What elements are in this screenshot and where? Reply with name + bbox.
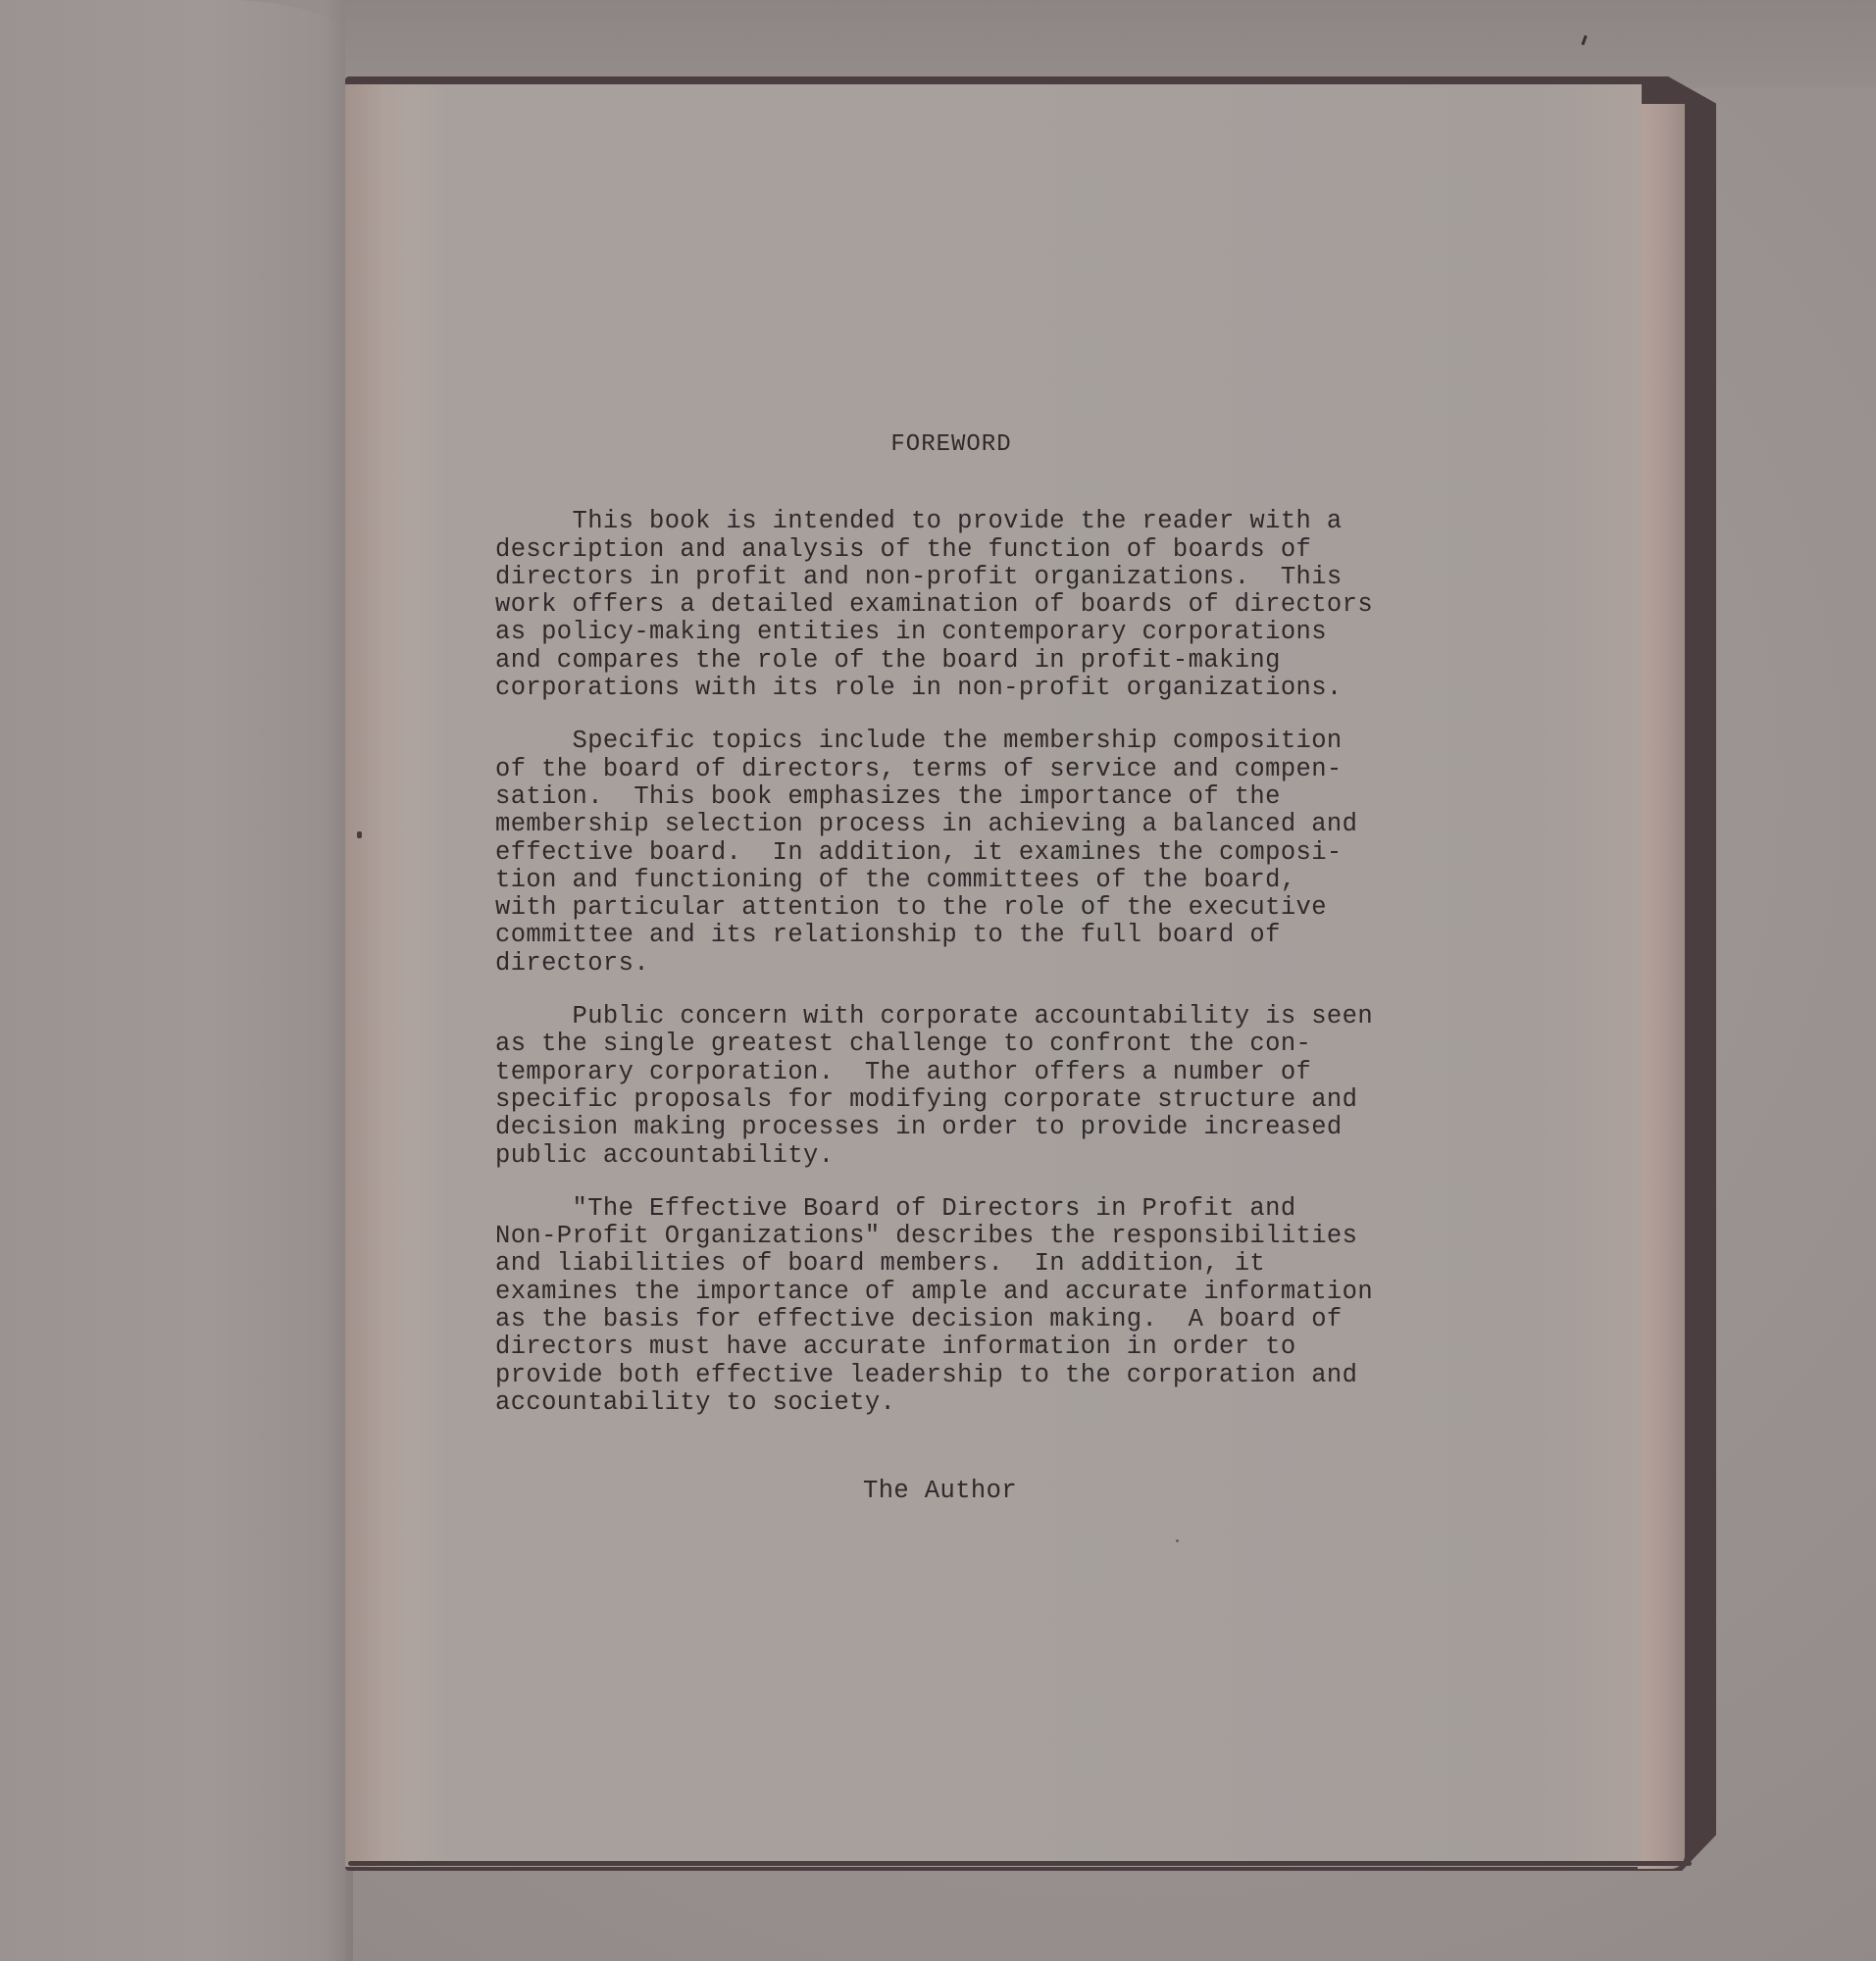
text-line: directors must have accurate information… [495,1333,1456,1361]
text-line: This book is intended to provide the rea… [495,508,1456,535]
paragraph: This book is intended to provide the rea… [495,508,1456,702]
text-line: provide both effective leadership to the… [495,1362,1456,1389]
background-surface [345,0,1876,88]
text-line: directors. [495,950,1456,978]
paragraphs: This book is intended to provide the rea… [495,508,1456,1417]
text-line: with particular attention to the role of… [495,894,1456,922]
text-line: Specific topics include the membership c… [495,728,1456,755]
text-line: as the basis for effective decision maki… [495,1306,1456,1333]
page-dot [1176,1539,1179,1542]
text-line: corporations with its role in non-profit… [495,675,1456,702]
text-line: committee and its relationship to the fu… [495,922,1456,949]
paragraph: Specific topics include the membership c… [495,728,1456,978]
signature: The Author [495,1478,1456,1505]
text-line: work offers a detailed examination of bo… [495,591,1456,619]
text-line: accountability to society. [495,1389,1456,1417]
text-line: public accountability. [495,1142,1456,1170]
text-line: tion and functioning of the committees o… [495,867,1456,894]
text-line: directors in profit and non-profit organ… [495,564,1456,591]
page-title: FOREWORD [495,431,1407,459]
text-line: membership selection process in achievin… [495,811,1456,838]
text-line: sation. This book emphasizes the importa… [495,783,1456,811]
cover-bottom-edge [348,1861,1692,1866]
text-line: of the board of directors, terms of serv… [495,756,1456,783]
text-line: specific proposals for modifying corpora… [495,1086,1456,1114]
page-edges [1638,104,1685,1869]
text-line: effective board. In addition, it examine… [495,839,1456,867]
page-speck [357,831,362,838]
text-line: Non-Profit Organizations" describes the … [495,1223,1456,1250]
gutter-shadow [345,84,414,1867]
foreword-text: FOREWORD This book is intended to provid… [495,431,1456,1506]
text-line: description and analysis of the function… [495,536,1456,564]
text-line: and liabilities of board members. In add… [495,1250,1456,1278]
left-page [0,0,345,1961]
text-line: examines the importance of ample and acc… [495,1279,1456,1306]
text-line: as the single greatest challenge to conf… [495,1031,1456,1058]
text-line: temporary corporation. The author offers… [495,1059,1456,1086]
text-line: decision making processes in order to pr… [495,1114,1456,1141]
paragraph: Public concern with corporate accountabi… [495,1003,1456,1170]
text-line: as policy-making entities in contemporar… [495,619,1456,646]
text-line: Public concern with corporate accountabi… [495,1003,1456,1031]
text-line: and compares the role of the board in pr… [495,647,1456,675]
paragraph: "The Effective Board of Directors in Pro… [495,1195,1456,1417]
text-line: "The Effective Board of Directors in Pro… [495,1195,1456,1223]
